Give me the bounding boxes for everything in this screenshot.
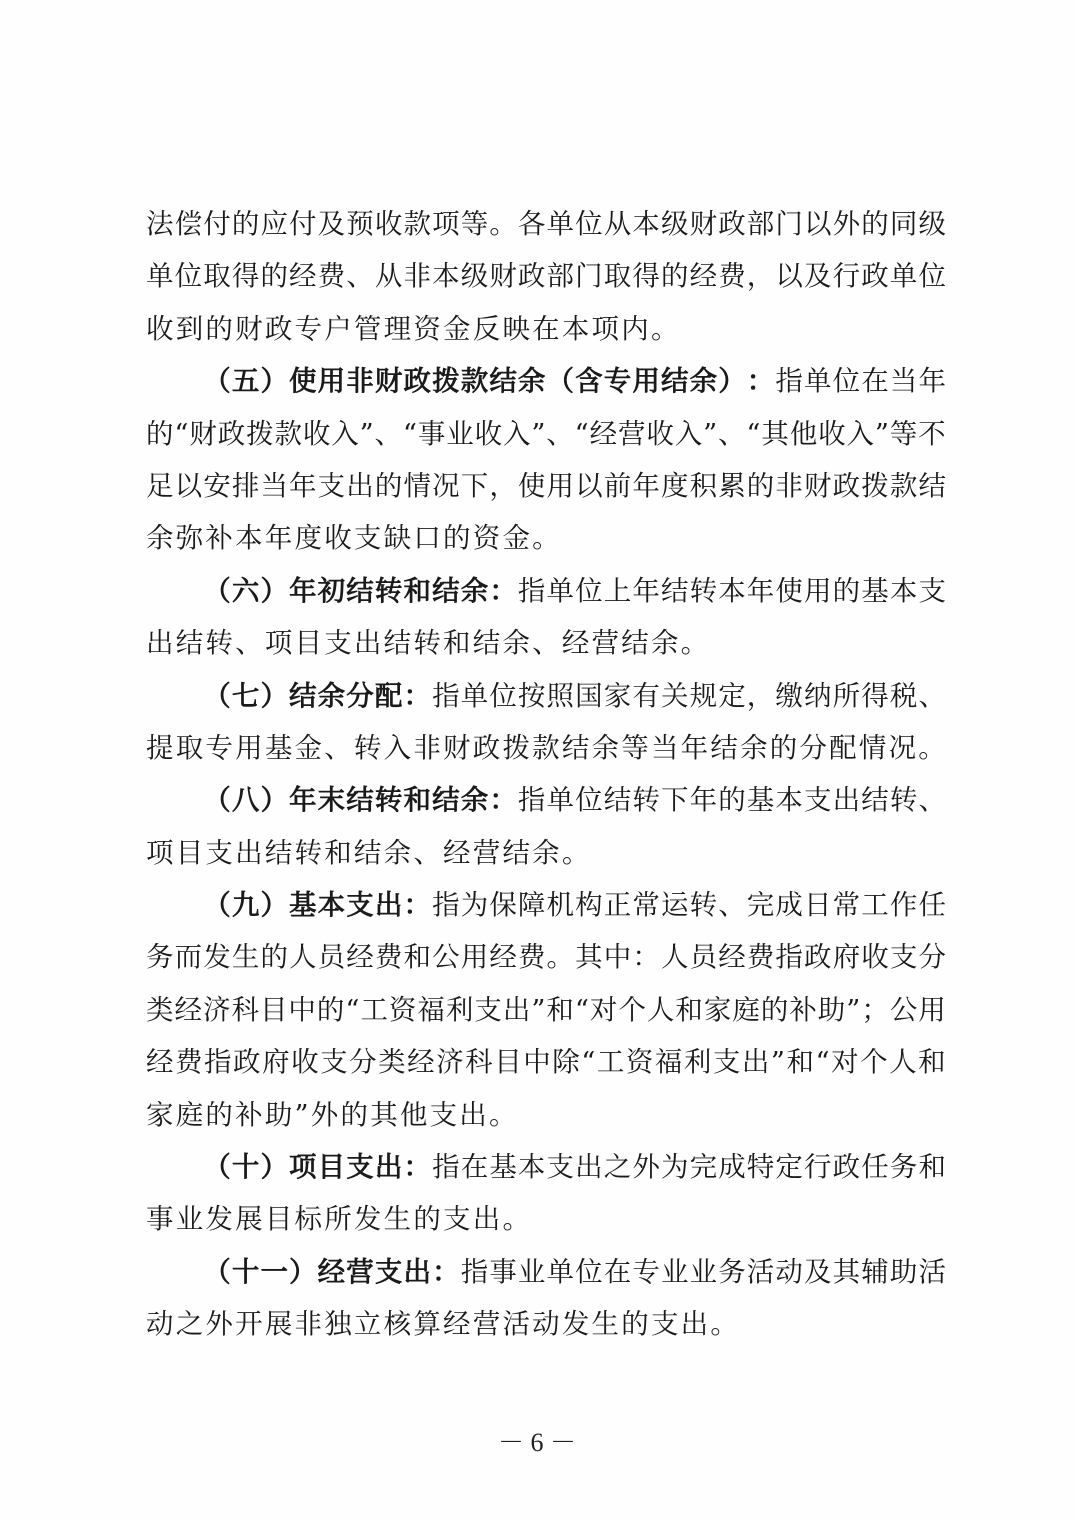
text-line: 类经济科目中的“工资福利支出”和“对个人和家庭的补助”；公用 bbox=[146, 984, 946, 1036]
paragraph-item-5: （五）使用非财政拨款结余（含专用结余）：指单位在当年的“财政拨款收入”、“事业收… bbox=[146, 355, 946, 565]
text-line: 提取专用基金、转入非财政拨款结余等当年结余的分配情况。 bbox=[146, 722, 946, 774]
body-text: 法偿付的应付及预收款项等。各单位从本级财政部门以外的同级单位取得的经费、从非本级… bbox=[146, 198, 946, 1351]
text-line: 出结转、项目支出结转和结余、经营结余。 bbox=[146, 617, 946, 669]
text-line: （六）年初结转和结余：指单位上年结转本年使用的基本支 bbox=[146, 565, 946, 617]
text-line: 经费指政府收支分类经济科目中除“工资福利支出”和“对个人和 bbox=[146, 1036, 946, 1088]
text-line: （五）使用非财政拨款结余（含专用结余）：指单位在当年 bbox=[146, 355, 946, 407]
text-line: 的“财政拨款收入”、“事业收入”、“经营收入”、“其他收入”等不 bbox=[146, 408, 946, 460]
paragraph-item-7: （七）结余分配：指单位按照国家有关规定，缴纳所得税、提取专用基金、转入非财政拨款… bbox=[146, 670, 946, 775]
text-line: 务而发生的人员经费和公用经费。其中：人员经费指政府收支分 bbox=[146, 931, 946, 983]
text-line: （七）结余分配：指单位按照国家有关规定，缴纳所得税、 bbox=[146, 670, 946, 722]
document-page: 法偿付的应付及预收款项等。各单位从本级财政部门以外的同级单位取得的经费、从非本级… bbox=[0, 0, 1074, 1520]
text-line: 事业发展目标所发生的支出。 bbox=[146, 1193, 946, 1245]
text-line: 动之外开展非独立核算经营活动发生的支出。 bbox=[146, 1298, 946, 1350]
paragraph-item-6: （六）年初结转和结余：指单位上年结转本年使用的基本支出结转、项目支出结转和结余、… bbox=[146, 565, 946, 670]
text-line: 余弥补本年度收支缺口的资金。 bbox=[146, 512, 946, 564]
text-line: 家庭的补助”外的其他支出。 bbox=[146, 1089, 946, 1141]
page-number: － 6 － bbox=[0, 1422, 1074, 1459]
text-line: （十）项目支出：指在基本支出之外为完成特定行政任务和 bbox=[146, 1141, 946, 1193]
text-line: （九）基本支出：指为保障机构正常运转、完成日常工作任 bbox=[146, 879, 946, 931]
text-line: 项目支出结转和结余、经营结余。 bbox=[146, 827, 946, 879]
paragraph-item-10: （十）项目支出：指在基本支出之外为完成特定行政任务和事业发展目标所发生的支出。 bbox=[146, 1141, 946, 1246]
paragraph-continuation: 法偿付的应付及预收款项等。各单位从本级财政部门以外的同级单位取得的经费、从非本级… bbox=[146, 198, 946, 355]
text-line: 法偿付的应付及预收款项等。各单位从本级财政部门以外的同级 bbox=[146, 198, 946, 250]
paragraph-item-8: （八）年末结转和结余：指单位结转下年的基本支出结转、项目支出结转和结余、经营结余… bbox=[146, 774, 946, 879]
text-line: 单位取得的经费、从非本级财政部门取得的经费，以及行政单位 bbox=[146, 250, 946, 302]
text-line: 收到的财政专户管理资金反映在本项内。 bbox=[146, 303, 946, 355]
paragraph-item-9: （九）基本支出：指为保障机构正常运转、完成日常工作任务而发生的人员经费和公用经费… bbox=[146, 879, 946, 1141]
text-line: 足以安排当年支出的情况下，使用以前年度积累的非财政拨款结 bbox=[146, 460, 946, 512]
paragraph-item-11: （十一）经营支出：指事业单位在专业业务活动及其辅助活动之外开展非独立核算经营活动… bbox=[146, 1246, 946, 1351]
text-line: （十一）经营支出：指事业单位在专业业务活动及其辅助活 bbox=[146, 1246, 946, 1298]
text-line: （八）年末结转和结余：指单位结转下年的基本支出结转、 bbox=[146, 774, 946, 826]
